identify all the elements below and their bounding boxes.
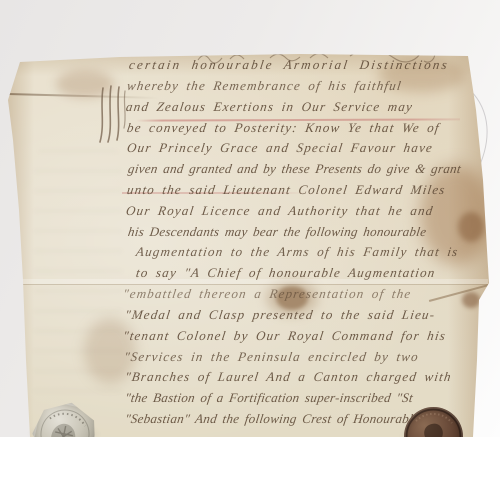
bleedthrough-ghost-writing	[34, 150, 122, 400]
manuscript-line: Augmentation to the Arms of his Family t…	[135, 244, 460, 260]
manuscript-line: "the Bastion of a Fortification super-in…	[124, 390, 414, 406]
document-paper: certain honourable Armorial Distinctions…	[0, 0, 500, 437]
fold-corner-edge	[429, 284, 489, 301]
manuscript-line: unto the said Lieutenant Colonel Edward …	[126, 182, 447, 198]
photo-area: certain honourable Armorial Distinctions…	[0, 0, 500, 437]
manuscript-line: certain honourable Armorial Distinctions	[128, 57, 450, 73]
bronze-round-coin	[404, 407, 463, 437]
manuscript-line: be conveyed to Posterity: Know Ye that W…	[126, 120, 441, 136]
manuscript-line: "Services in the Peninsula encircled by …	[123, 349, 420, 365]
manuscript-line: his Descendants may bear the following h…	[127, 224, 427, 240]
manuscript-line: to say "A Chief of honourable Augmentati…	[135, 265, 437, 281]
manuscript-line: Our Royal Licence and Authority that he …	[125, 203, 435, 219]
stain-fold-spot	[462, 292, 480, 308]
manuscript-line: "Branches of Laurel And a Canton charged…	[124, 369, 453, 385]
stain-right-dark-spot	[458, 212, 484, 242]
stain-top-left	[56, 70, 114, 98]
manuscript-line: "embattled thereon a Representation of t…	[122, 286, 413, 302]
manuscript-line: "Medal and Clasp presented to the said L…	[124, 307, 436, 323]
manuscript-line: and Zealous Exertions in Our Service may	[125, 99, 414, 115]
left-edge-tanning	[6, 54, 34, 437]
photo-of-manuscript: certain honourable Armorial Distinctions…	[0, 0, 500, 500]
manuscript-line: given and granted and by these Presents …	[127, 161, 462, 177]
manuscript-line: whereby the Remembrance of his faithful	[126, 78, 403, 94]
manuscript-line: "tenant Colonel by Our Royal Command for…	[122, 328, 447, 344]
manuscript-line: "Sebastian" And the following Crest of H…	[124, 411, 420, 427]
horizontal-fold-line	[22, 284, 488, 285]
manuscript-line: Our Princely Grace and Special Favour ha…	[126, 140, 434, 156]
